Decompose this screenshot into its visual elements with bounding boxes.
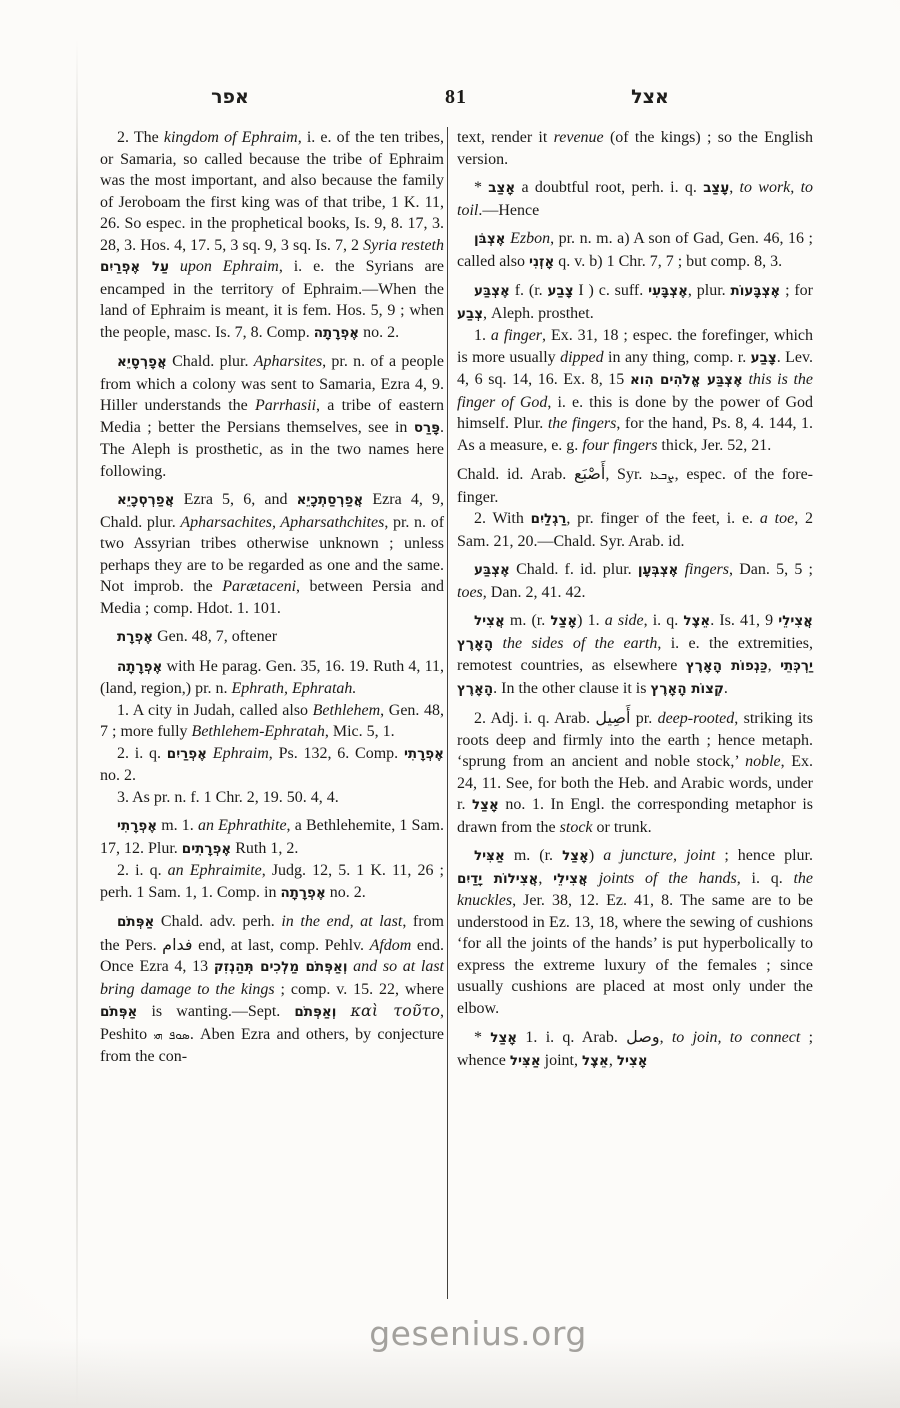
right-column: text, render it revenue (of the kings) ;… — [457, 127, 813, 1299]
paragraph-left-6: 1. A city in Judah, called also Bethlehe… — [100, 700, 444, 743]
header-hebrew-left: אפר — [190, 86, 270, 108]
paragraph-right-7: 2. With רַגְלַיִם, pr. finger of the fee… — [457, 508, 813, 552]
page-header: אפר 81 אצל — [100, 86, 812, 116]
paragraph-left-5: אֶפְרָתָה with He parag. Gen. 35, 16. 19… — [100, 656, 444, 700]
paragraph-left-4: אֶפְרָת Gen. 48, 7, oftener — [100, 626, 444, 649]
left-column: 2. The kingdom of Ephraim, i. e. of the … — [100, 127, 444, 1299]
paragraph-right-8: אֶצְבַּע Chald. f. id. plur. אֶצְבְּעָן … — [457, 559, 813, 603]
watermark: gesenius.org — [56, 1314, 900, 1353]
paragraph-left-9: אֶפְרָתִי m. 1. an Ephrathite, a Bethleh… — [100, 815, 444, 860]
page-number: 81 — [416, 86, 496, 109]
paragraph-right-12: * אָצַל 1. i. q. Arab. وصل, to join, to … — [457, 1026, 813, 1072]
paragraph-left-8: 3. As pr. n. f. 1 Chr. 2, 19. 50. 4, 4. — [100, 787, 444, 809]
text-columns: 2. The kingdom of Ephraim, i. e. of the … — [100, 127, 814, 1299]
paragraph-left-3: אֲפַרְסְכָיֵא Ezra 5, 6, and אֲפַרְסַתְכ… — [100, 489, 444, 619]
paragraph-right-9: אֲצִיל m. (r. אָצַל) 1. a side, i. q. אֵ… — [457, 610, 813, 700]
paragraph-left-11: אַפְּתֹם Chald. adv. perh. in the end, a… — [100, 911, 444, 1068]
column-divider — [447, 127, 448, 1299]
paragraph-right-2: * אָצַב a doubtful root, perh. i. q. עָצ… — [457, 177, 813, 221]
book-page: אפר 81 אצל 2. The kingdom of Ephraim, i.… — [0, 0, 900, 1408]
paragraph-right-11: אַצִּיל m. (r. אָצַל) a juncture, joint … — [457, 845, 813, 1019]
paragraph-left-7: 2. i. q. אֶפְרַיִם Ephraim, Ps. 132, 6. … — [100, 743, 444, 787]
paragraph-right-10: 2. Adj. i. q. Arab. أَصِيل pr. deep-root… — [457, 707, 813, 838]
paragraph-right-5: 1. a finger, Ex. 31, 18 ; espec. the for… — [457, 325, 813, 456]
paragraph-right-3: אֶצְבֹּן Ezbon, pr. n. m. a) A son of Ga… — [457, 228, 813, 273]
paragraph-left-10: 2. i. q. an Ephraimite, Judg. 12, 5. 1 K… — [100, 860, 444, 904]
paragraph-left-2: אֲפָרְסָיֵא Chald. plur. Apharsites, pr.… — [100, 351, 444, 482]
paragraph-right-4: אֶצְבַּע f. (r. צָבַע I ) c. suff. אֶצְב… — [457, 280, 813, 325]
header-hebrew-right: אצל — [610, 86, 690, 108]
paragraph-left-1: 2. The kingdom of Ephraim, i. e. of the … — [100, 127, 444, 344]
paragraph-right-1: text, render it revenue (of the kings) ;… — [457, 127, 813, 170]
paragraph-right-6: Chald. id. Arab. أَصْبَع, Syr. ܨܒܥܐ, esp… — [457, 463, 813, 508]
